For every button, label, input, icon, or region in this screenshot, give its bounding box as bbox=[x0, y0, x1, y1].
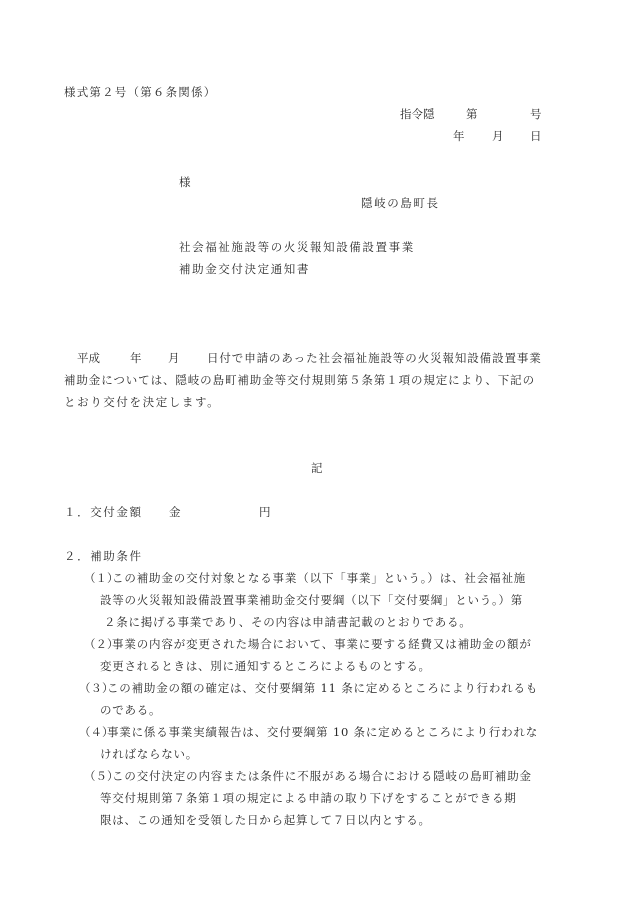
document-title-line2: 補助金交付決定通知書 bbox=[179, 264, 310, 276]
condition-2-line1: 事業の内容が変更された場合において、事業に要する経費又は補助金の額が bbox=[112, 639, 532, 651]
reference-prefix: 指令隠 bbox=[400, 109, 435, 121]
condition-1-line3: ２条に掲げる事業であり、その内容は申請書記載のとおりである。 bbox=[104, 617, 472, 629]
body-line2: 補助金については、隠岐の島町補助金等交付規則第５条第１項の規定により、下記の bbox=[64, 375, 535, 387]
date-month: 月 bbox=[492, 131, 504, 143]
section2-label: ２．補助条件 bbox=[64, 551, 143, 563]
reference-go: 号 bbox=[530, 109, 542, 121]
reference-dai: 第 bbox=[466, 109, 478, 121]
issuer-name: 隠岐の島町長 bbox=[361, 198, 440, 210]
condition-2-line2: 変更されるときは、別に通知するところによるものとする。 bbox=[100, 661, 431, 673]
condition-4-line2: ければならない。 bbox=[100, 749, 198, 761]
condition-5-line3: 限は、この通知を受領した日から起算して７日以内とする。 bbox=[100, 815, 431, 827]
body-month: 月 bbox=[168, 353, 180, 365]
document-title-line1: 社会福祉施設等の火災報知設備設置事業 bbox=[179, 242, 415, 254]
form-label: 様式第２号（第６条関係） bbox=[64, 87, 216, 99]
section1-yen: 円 bbox=[259, 507, 271, 519]
condition-3-line2: のである。 bbox=[100, 705, 161, 717]
condition-3-line1: この補助金の額の確定は、交付要綱第 11 条に定めるところにより行われるも bbox=[107, 683, 538, 695]
body-line3: とおり交付を決定します。 bbox=[64, 397, 220, 409]
condition-4-line1: 事業に係る事業実績報告は、交付要綱第 10 条に定めるところにより行われな bbox=[107, 727, 538, 739]
body-line1-text: 日付で申請のあった社会福祉施設等の火災報知設備設置事業 bbox=[207, 353, 542, 365]
section1-label: １．交付金額 bbox=[64, 507, 143, 519]
condition-1-line2: 設等の火災報知設備設置事業補助金交付要綱（以下「交付要綱」という。）第 bbox=[100, 595, 523, 607]
ki-heading: 記 bbox=[311, 463, 323, 475]
condition-5-line1: この交付決定の内容または条件に不服がある場合における隠岐の島町補助金 bbox=[112, 771, 532, 783]
body-year: 年 bbox=[130, 353, 142, 365]
condition-1-line1: この補助金の交付対象となる事業（以下「事業」という。）は、社会福祉施 bbox=[112, 573, 526, 585]
recipient-suffix: 様 bbox=[179, 177, 191, 189]
section1-kin: 金 bbox=[169, 507, 181, 519]
date-day: 日 bbox=[530, 131, 542, 143]
body-era: 平成 bbox=[77, 353, 100, 365]
date-year: 年 bbox=[453, 131, 465, 143]
condition-5-line2: 等交付規則第７条第１項の規定による申請の取り下げをすることができる期 bbox=[100, 793, 517, 805]
